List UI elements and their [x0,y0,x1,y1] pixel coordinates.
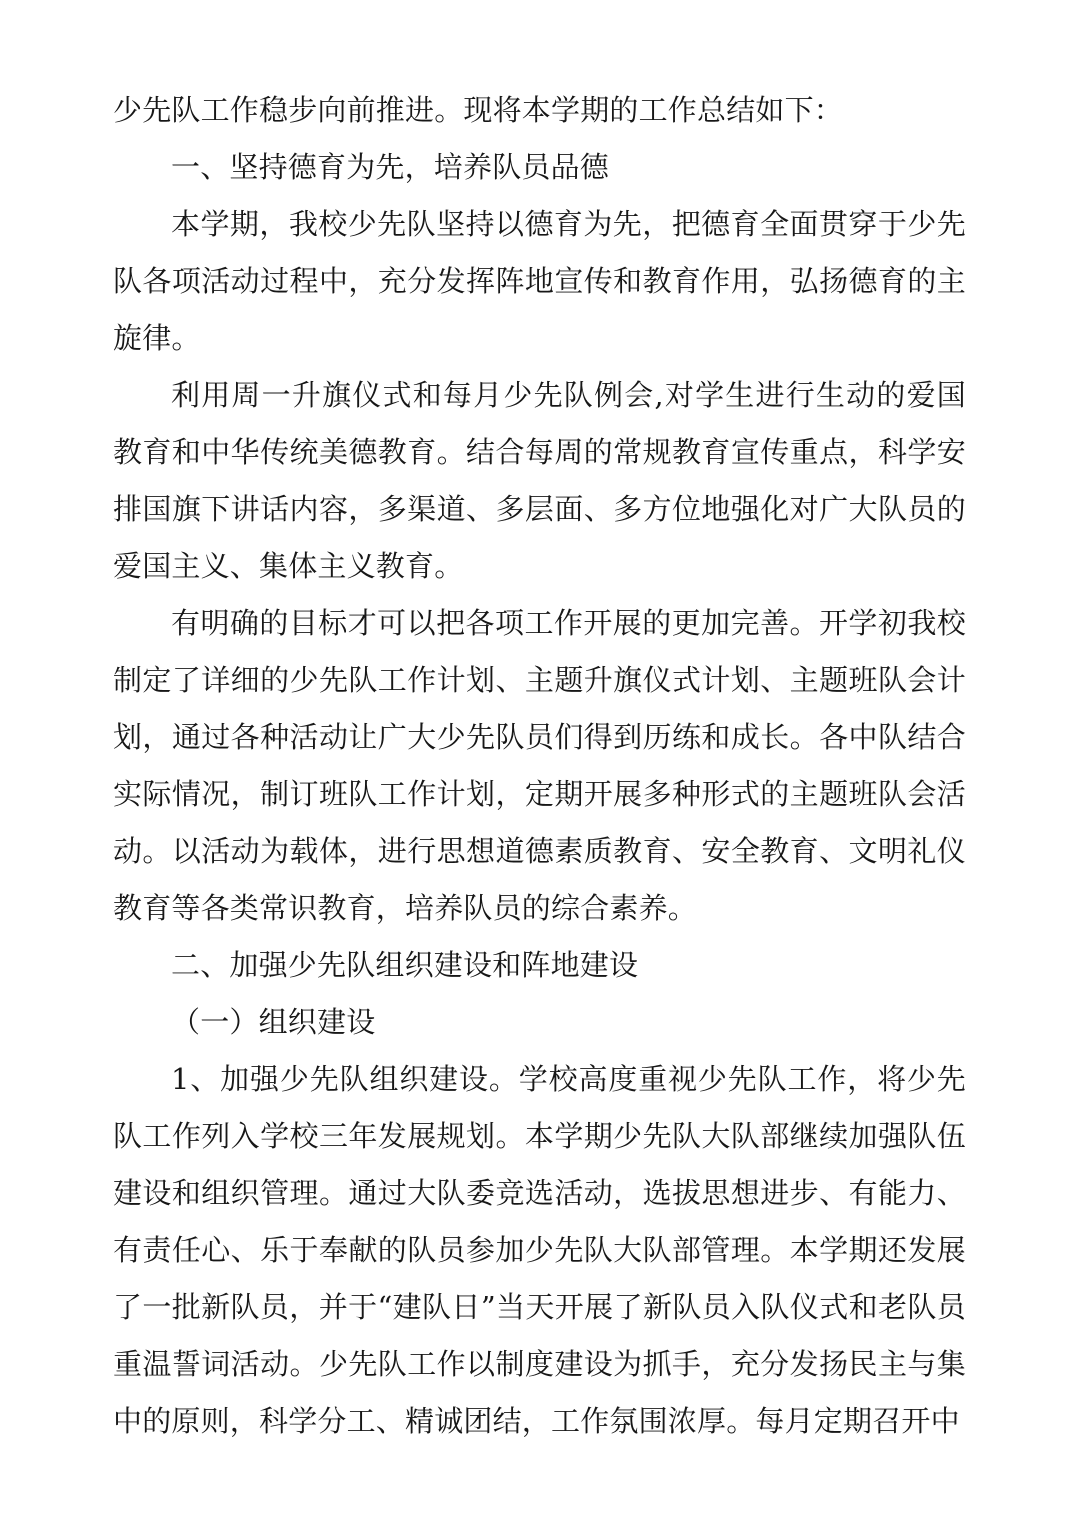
section-heading-2: 二、加强少先队组织建设和阵地建设 [113,937,966,994]
body-paragraph-moral-education: 本学期，我校少先队坚持以德育为先，把德育全面贯穿于少先队各项活动过程中，充分发挥… [113,196,966,367]
continuation-paragraph: 少先队工作稳步向前推进。现将本学期的工作总结如下： [113,82,966,139]
body-paragraph-work-plan: 有明确的目标才可以把各项工作开展的更加完善。开学初我校制定了详细的少先队工作计划… [113,595,966,937]
document-page: 少先队工作稳步向前推进。现将本学期的工作总结如下： 一、坚持德育为先，培养队员品… [0,0,1080,1527]
body-paragraph-flag-ceremony: 利用周一升旗仪式和每月少先队例会,对学生进行生动的爱国教育和中华传统美德教育。结… [113,367,966,595]
section-heading-1: 一、坚持德育为先，培养队员品德 [113,139,966,196]
body-paragraph-organization-building: 1、加强少先队组织建设。学校高度重视少先队工作，将少先队工作列入学校三年发展规划… [113,1051,966,1450]
sub-heading-organization: （一）组织建设 [113,994,966,1051]
